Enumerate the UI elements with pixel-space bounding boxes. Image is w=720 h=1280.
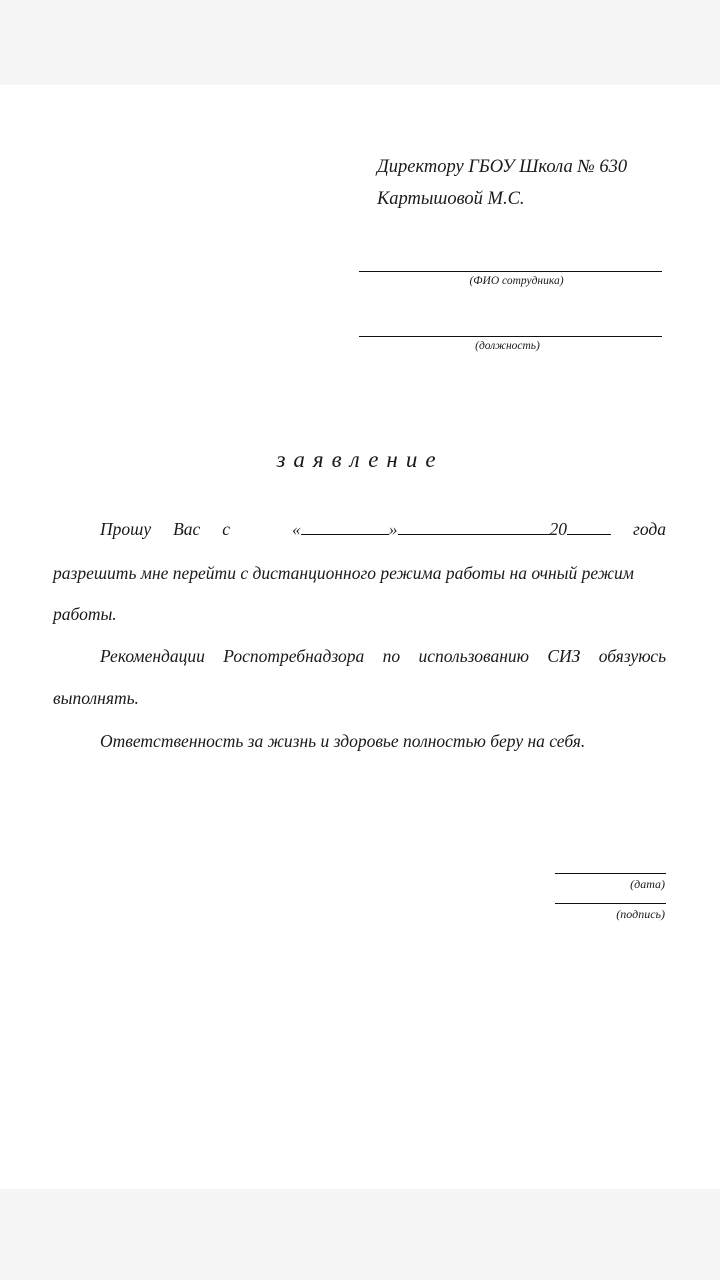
month-blank[interactable] bbox=[398, 520, 550, 535]
date-blank[interactable] bbox=[555, 873, 666, 874]
word-s: с bbox=[222, 519, 230, 540]
quote-close: » bbox=[389, 519, 398, 539]
request-line-1: Прошу Вас с «»20 года bbox=[100, 519, 666, 540]
request-line-3: работы. bbox=[53, 604, 666, 625]
word-proshu: Прошу bbox=[100, 519, 151, 540]
date-field: «»20 bbox=[292, 519, 611, 540]
year-blank[interactable] bbox=[567, 520, 611, 535]
addressee-line-1: Директору ГБОУ Школа № 630 bbox=[377, 157, 627, 178]
document-title: заявление bbox=[0, 447, 720, 473]
signature-blank[interactable] bbox=[555, 903, 666, 904]
year-prefix: 20 bbox=[550, 519, 568, 539]
recommendations-line-1: Рекомендации Роспотребнадзора по использ… bbox=[100, 646, 666, 667]
request-line-2: разрешить мне перейти с дистанционного р… bbox=[53, 563, 666, 584]
document-page: Директору ГБОУ Школа № 630 Картышовой М.… bbox=[0, 85, 720, 1189]
addressee-line-2: Картышовой М.С. bbox=[377, 189, 525, 210]
responsibility-line: Ответственность за жизнь и здоровье полн… bbox=[100, 731, 713, 752]
word-goda: года bbox=[633, 519, 666, 540]
position-caption: (должность) bbox=[359, 340, 656, 352]
employee-name-blank[interactable] bbox=[359, 271, 662, 272]
signature-caption: (подпись) bbox=[616, 907, 665, 922]
employee-name-caption: (ФИО сотрудника) bbox=[359, 275, 674, 287]
date-caption: (дата) bbox=[630, 877, 665, 892]
quote-open: « bbox=[292, 519, 301, 539]
day-blank[interactable] bbox=[301, 520, 389, 535]
position-blank[interactable] bbox=[359, 336, 662, 337]
recommendations-line-2: выполнять. bbox=[53, 688, 666, 709]
word-vas: Вас bbox=[173, 519, 200, 540]
